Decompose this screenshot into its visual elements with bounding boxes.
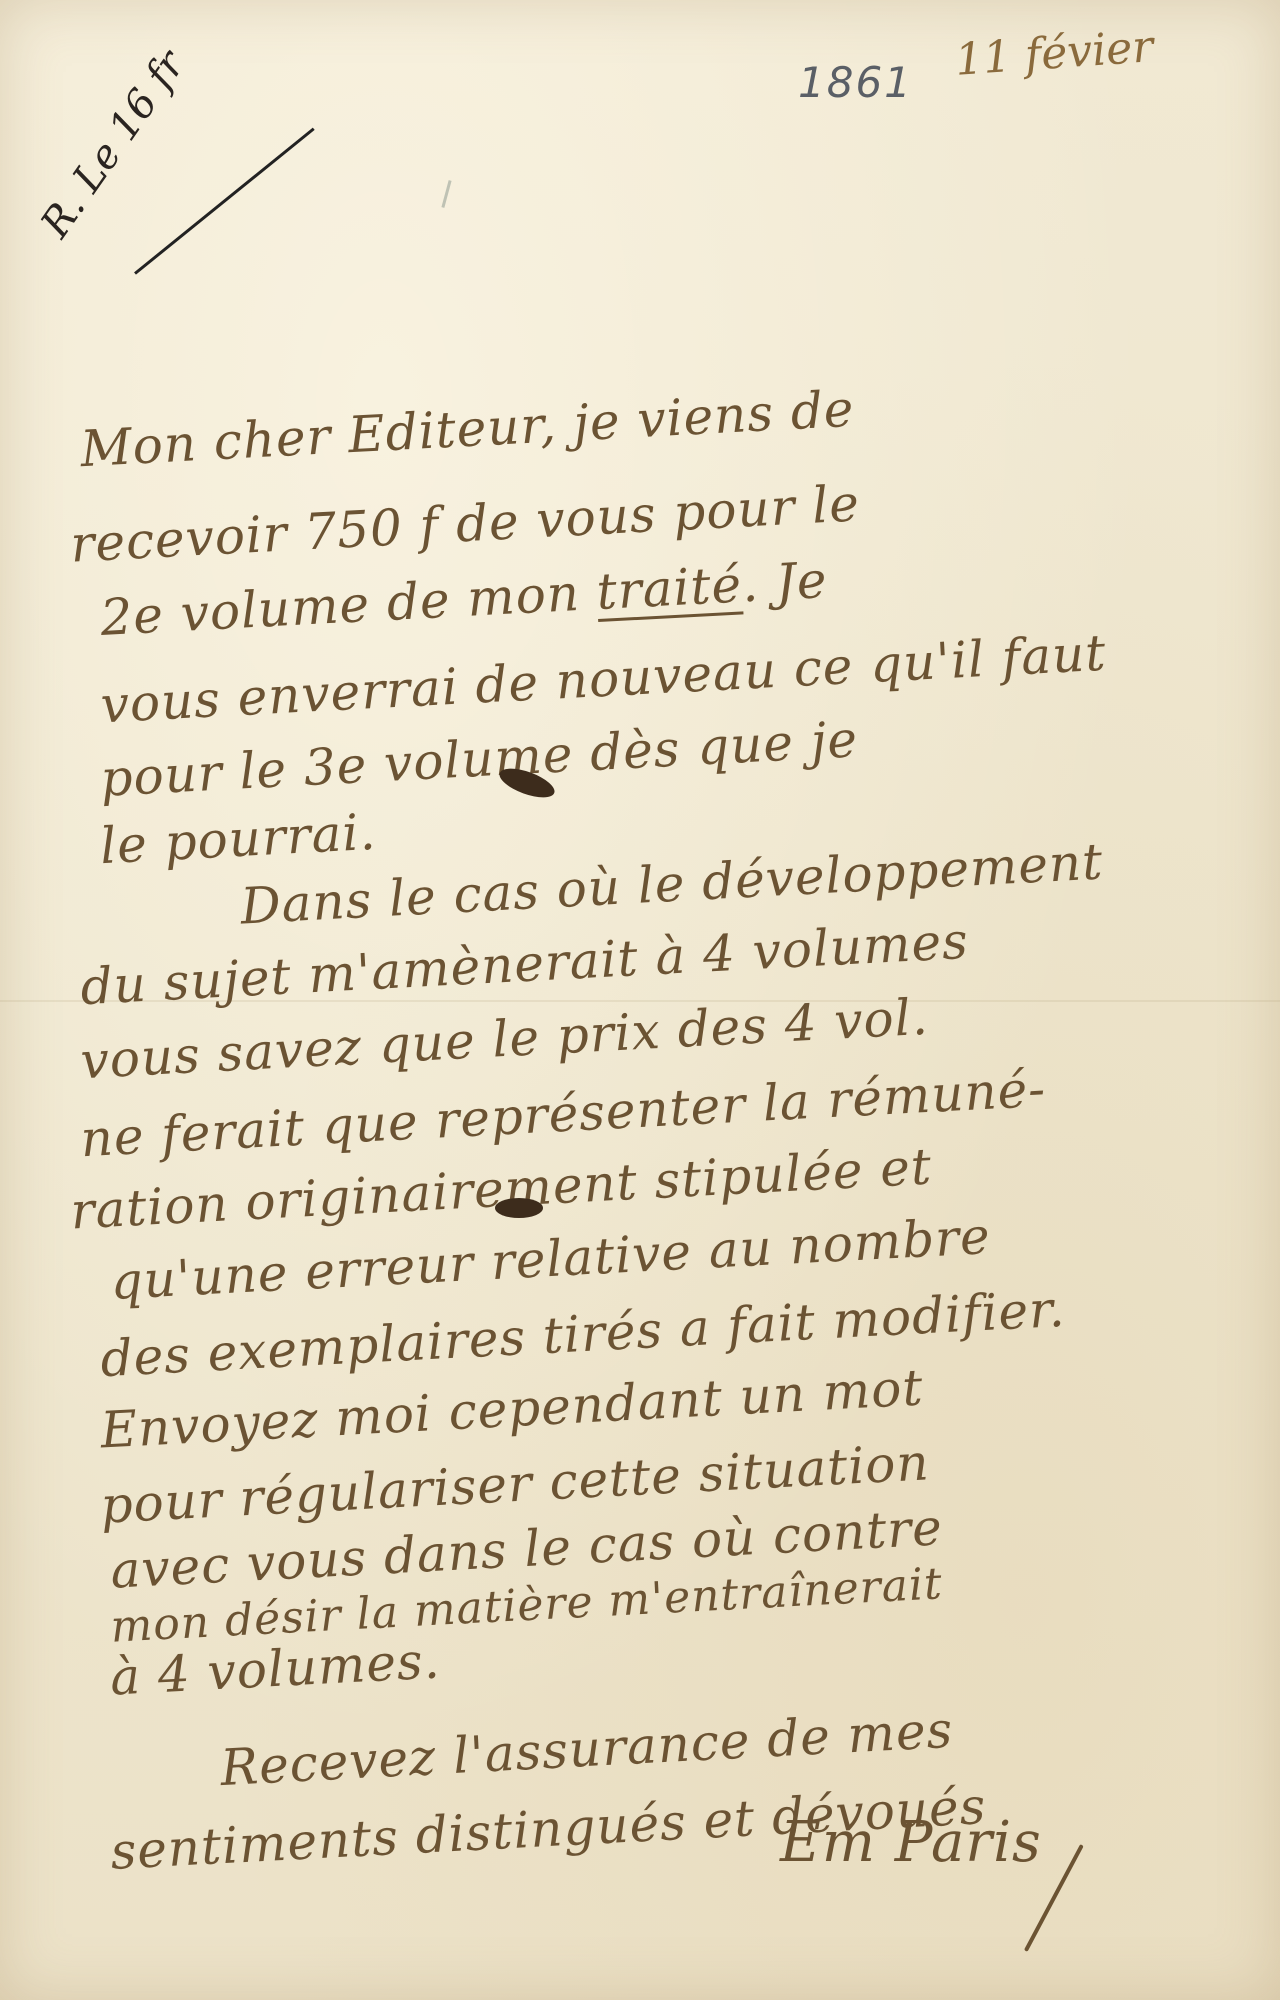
signature: Em Paris bbox=[780, 1810, 1042, 1875]
letter-line-3-end: . Je bbox=[740, 551, 828, 613]
year-annotation: 1861 bbox=[798, 58, 913, 107]
emphasized-word: traité bbox=[595, 555, 743, 621]
ink-blot-2 bbox=[495, 1198, 543, 1218]
